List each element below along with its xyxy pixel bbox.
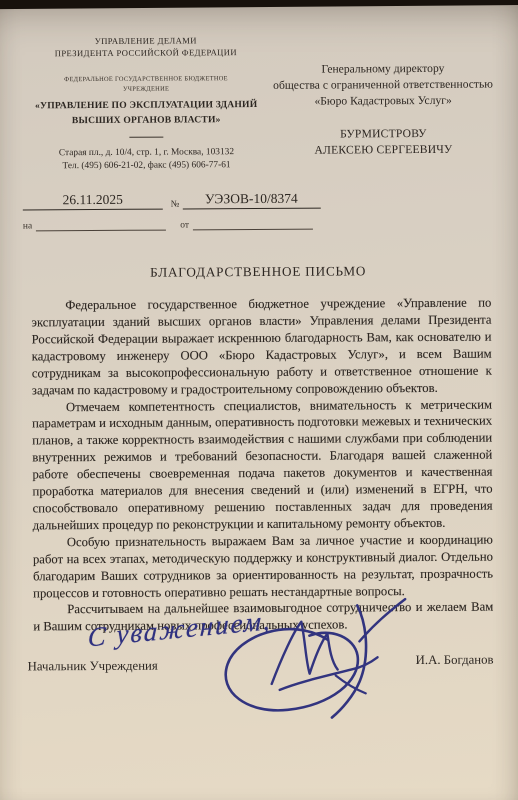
signer-name: И.А. Богданов — [416, 653, 494, 668]
body-paragraph-2: Отмечаем компетентность специалистов, вн… — [32, 396, 493, 534]
addressee-position: Генеральному директору — [272, 61, 494, 79]
signer-position: Начальник Учреждения — [28, 659, 158, 675]
handwritten-signature-icon — [209, 597, 410, 743]
na-blank-line — [36, 220, 166, 232]
parent-org-name: УПРАВЛЕНИЕ ДЕЛАМИ ПРЕЗИДЕНТА РОССИЙСКОЙ … — [20, 34, 272, 60]
na-label: на — [23, 221, 32, 231]
body-paragraph-3: Особую признательность выражаем Вам за л… — [33, 531, 493, 601]
addressee-block: Генеральному директору общества с ограни… — [272, 61, 495, 173]
body-paragraph-1: Федеральное государственное бюджетное уч… — [31, 295, 492, 399]
letter-body: Федеральное государственное бюджетное уч… — [31, 295, 493, 636]
letterhead-divider — [129, 136, 163, 137]
addressee-company-type: общества с ограниченной ответственностью — [272, 77, 494, 95]
ot-label: от — [180, 221, 189, 231]
reply-reference-row: на от — [23, 218, 517, 232]
letter-page: УПРАВЛЕНИЕ ДЕЛАМИ ПРЕЗИДЕНТА РОССИЙСКОЙ … — [0, 8, 518, 800]
number-sign: № — [171, 199, 180, 209]
org-address-line2: Тел. (495) 606-21-02, факс (495) 606-77-… — [21, 159, 273, 174]
org-type-line2: УЧРЕЖДЕНИЕ — [20, 83, 272, 94]
org-name-line1: «УПРАВЛЕНИЕ ПО ЭКСПЛУАТАЦИИ ЗДАНИЙ — [20, 98, 272, 114]
reference-row: 26.11.2025 № УЭЗОВ-10/8374 — [23, 190, 517, 211]
org-name: «УПРАВЛЕНИЕ ПО ЭКСПЛУАТАЦИИ ЗДАНИЙ ВЫСШИ… — [20, 98, 272, 129]
letter-title: БЛАГОДАРСТВЕННОЕ ПИСЬМО — [0, 263, 517, 282]
org-name-line2: ВЫСШИХ ОРГАНОВ ВЛАСТИ» — [20, 113, 272, 129]
letterhead-org-block: УПРАВЛЕНИЕ ДЕЛАМИ ПРЕЗИДЕНТА РОССИЙСКОЙ … — [20, 34, 273, 175]
parent-org-line2: ПРЕЗИДЕНТА РОССИЙСКОЙ ФЕДЕРАЦИИ — [20, 46, 272, 60]
org-address: Старая пл., д. 10/4, стр. 1, г. Москва, … — [20, 146, 272, 175]
letterhead: УПРАВЛЕНИЕ ДЕЛАМИ ПРЕЗИДЕНТА РОССИЙСКОЙ … — [0, 8, 517, 174]
letter-date: 26.11.2025 — [23, 192, 163, 211]
ot-blank-line — [193, 219, 313, 231]
addressee-person: БУРМИСТРОВУ АЛЕКСЕЮ СЕРГЕЕВИЧУ — [272, 125, 494, 160]
photo-dark-edge — [0, 0, 518, 9]
org-type: ФЕДЕРАЛЬНОЕ ГОСУДАРСТВЕННОЕ БЮДЖЕТНОЕ УЧ… — [20, 74, 272, 95]
addressee-surname: БУРМИСТРОВУ — [272, 125, 494, 143]
addressee-firstname-patronymic: АЛЕКСЕЮ СЕРГЕЕВИЧУ — [272, 142, 494, 160]
scanned-letter-photo: УПРАВЛЕНИЕ ДЕЛАМИ ПРЕЗИДЕНТА РОССИЙСКОЙ … — [0, 0, 518, 800]
addressee-company-name: «Бюро Кадастровых Услуг» — [272, 93, 494, 111]
letter-number: УЭЗОВ-10/8374 — [182, 191, 320, 210]
